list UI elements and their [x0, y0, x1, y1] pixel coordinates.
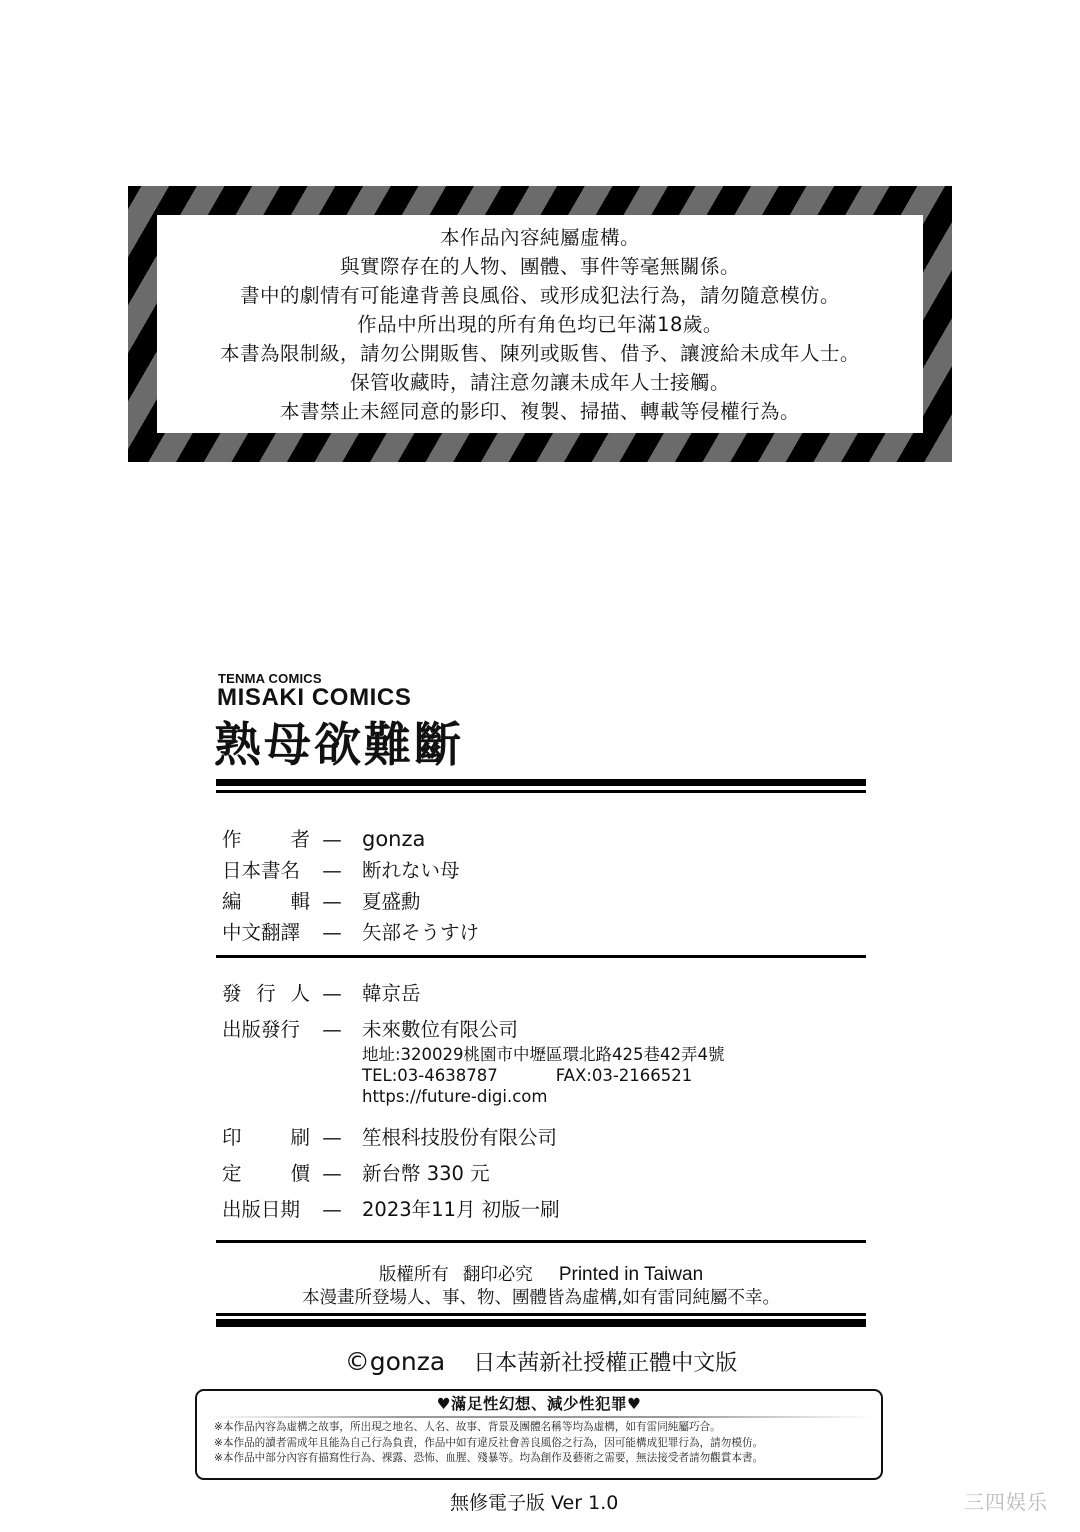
credits-list: 作者 — gonza 日本書名 — 断れない母 編輯 — 夏盛勳 中文翻譯 — … — [222, 824, 479, 948]
warning-text-panel: 本作品內容純屬虛構。 與實際存在的人物、團體、事件等毫無關係。 書中的劇情有可能… — [157, 215, 923, 433]
distribution-value: 未來數位有限公司 — [362, 1014, 518, 1042]
printer-label: 印刷 — [222, 1122, 310, 1150]
price-row: 定價 — 新台幣 330 元 — [222, 1158, 560, 1194]
dash: — — [310, 890, 354, 913]
price-value: 新台幣 330 元 — [362, 1158, 490, 1186]
warning-line: 本書禁止未經同意的影印、複製、掃描、轉載等侵權行為。 — [280, 397, 800, 426]
warning-line: 本書為限制級，請勿公開販售、陳列或販售、借予、讓渡給未成年人士。 — [220, 339, 860, 368]
notice-line: ※本作品中部分內容有描寫性行為、裸露、恐怖、血腥、殘暴等。均為創作及藝術之需要，… — [214, 1451, 881, 1467]
publisher-person-value: 韓京岳 — [362, 978, 421, 1006]
dash: — — [310, 982, 354, 1005]
authorization: 日本茜新社授權正體中文版 — [473, 1351, 737, 1376]
warning-line: 書中的劇情有可能違背善良風俗、或形成犯法行為，請勿隨意模仿。 — [240, 281, 840, 310]
copyright: ©gonza — [345, 1347, 445, 1376]
warning-line: 作品中所出現的所有角色均已年滿18歲。 — [357, 310, 723, 339]
credit-label: 中文翻譯 — [222, 917, 310, 945]
rule-divider — [216, 955, 866, 958]
dash: — — [310, 1198, 354, 1221]
credit-value: 夏盛勳 — [362, 886, 421, 914]
dash: — — [310, 859, 354, 882]
dash: — — [310, 1126, 354, 1149]
credit-value: 矢部そうすけ — [362, 917, 479, 945]
publish-date-value: 2023年11月 初版一刷 — [362, 1194, 560, 1222]
publish-date-row: 出版日期 — 2023年11月 初版一刷 — [222, 1194, 560, 1230]
printed-in: Printed in Taiwan — [559, 1264, 703, 1285]
distribution-label: 出版發行 — [222, 1014, 310, 1042]
rule-thick — [216, 779, 866, 786]
no-reproduction: 翻印必究 — [463, 1265, 533, 1285]
notice-box: ♥滿足性幻想、減少性犯罪♥ ※本作品內容為虛構之故事，所出現之地名、人名、故事、… — [195, 1389, 883, 1480]
all-rights-reserved: 版權所有 — [379, 1265, 449, 1285]
credit-value: 断れない母 — [362, 855, 460, 883]
credit-row-author: 作者 — gonza — [222, 824, 479, 855]
printer-row: 印刷 — 笙根科技股份有限公司 — [222, 1122, 560, 1158]
credit-value: gonza — [362, 827, 425, 851]
warning-line: 與實際存在的人物、團體、事件等毫無關係。 — [340, 252, 740, 281]
warning-box: 本作品內容純屬虛構。 與實際存在的人物、團體、事件等毫無關係。 書中的劇情有可能… — [128, 186, 952, 462]
fax: FAX:03-2166521 — [556, 1066, 693, 1085]
publish-date-label: 出版日期 — [222, 1194, 310, 1222]
distribution-row: 出版發行 — 未來數位有限公司 — [222, 1014, 518, 1044]
notice-lines: ※本作品內容為虛構之故事，所出現之地名、人名、故事、背景及團體名稱等均為虛構，如… — [197, 1418, 881, 1467]
notice-heading: ♥滿足性幻想、減少性犯罪♥ — [197, 1392, 881, 1416]
publisher-list: 發行人 — 韓京岳 出版發行 — 未來數位有限公司 — [222, 978, 518, 1044]
credit-row-editor: 編輯 — 夏盛勳 — [222, 886, 479, 917]
publisher-label: 發行人 — [222, 978, 310, 1006]
dash: — — [310, 921, 354, 944]
credit-label: 日本書名 — [222, 855, 310, 883]
license-line: ©gonza日本茜新社授權正體中文版 — [216, 1346, 866, 1377]
warning-line: 本作品內容純屬虛構。 — [440, 223, 640, 252]
tel: TEL:03-4638787 — [362, 1066, 498, 1085]
imprint-large: MISAKI COMICS — [217, 684, 411, 712]
notice-line: ※本作品的讀者需成年且能為自己行為負責，作品中如有違反社會善良風俗之行為，因可能… — [214, 1436, 881, 1452]
warning-line: 保管收藏時，請注意勿讓未成年人士接觸。 — [350, 368, 730, 397]
book-title: 熟母欲難斷 — [214, 719, 464, 773]
watermark: 三四娱乐 — [964, 1486, 1048, 1515]
credit-row-translator: 中文翻譯 — 矢部そうすけ — [222, 917, 479, 948]
publisher-website[interactable]: https://future-digi.com — [362, 1086, 547, 1107]
credit-label: 編輯 — [222, 886, 310, 914]
fiction-notice: 本漫畫所登場人、事、物、團體皆為虛構,如有雷同純屬不幸。 — [216, 1284, 866, 1309]
price-label: 定價 — [222, 1158, 310, 1186]
rule-thin — [216, 1313, 866, 1316]
printer-value: 笙根科技股份有限公司 — [362, 1122, 557, 1150]
dash: — — [310, 1018, 354, 1041]
notice-line: ※本作品內容為虛構之故事，所出現之地名、人名、故事、背景及團體名稱等均為虛構，如… — [214, 1420, 881, 1436]
publisher-person-row: 發行人 — 韓京岳 — [222, 978, 518, 1014]
dash: — — [310, 1162, 354, 1185]
edition-label: 無修電子版 Ver 1.0 — [450, 1488, 618, 1515]
rule-thick — [216, 1319, 866, 1327]
credit-row-japanese-title: 日本書名 — 断れない母 — [222, 855, 479, 886]
rule-divider — [216, 1240, 866, 1243]
rule-thin — [216, 790, 866, 793]
print-info-list: 印刷 — 笙根科技股份有限公司 定價 — 新台幣 330 元 出版日期 — 20… — [222, 1122, 560, 1230]
dash: — — [310, 828, 354, 851]
publisher-address: 地址:320029桃園市中壢區環北路425巷42弄4號 — [362, 1044, 725, 1065]
publisher-phone-fax: TEL:03-4638787FAX:03-2166521 — [362, 1065, 692, 1086]
credit-label: 作者 — [222, 824, 310, 852]
rights-line: 版權所有翻印必究Printed in Taiwan — [216, 1261, 866, 1286]
